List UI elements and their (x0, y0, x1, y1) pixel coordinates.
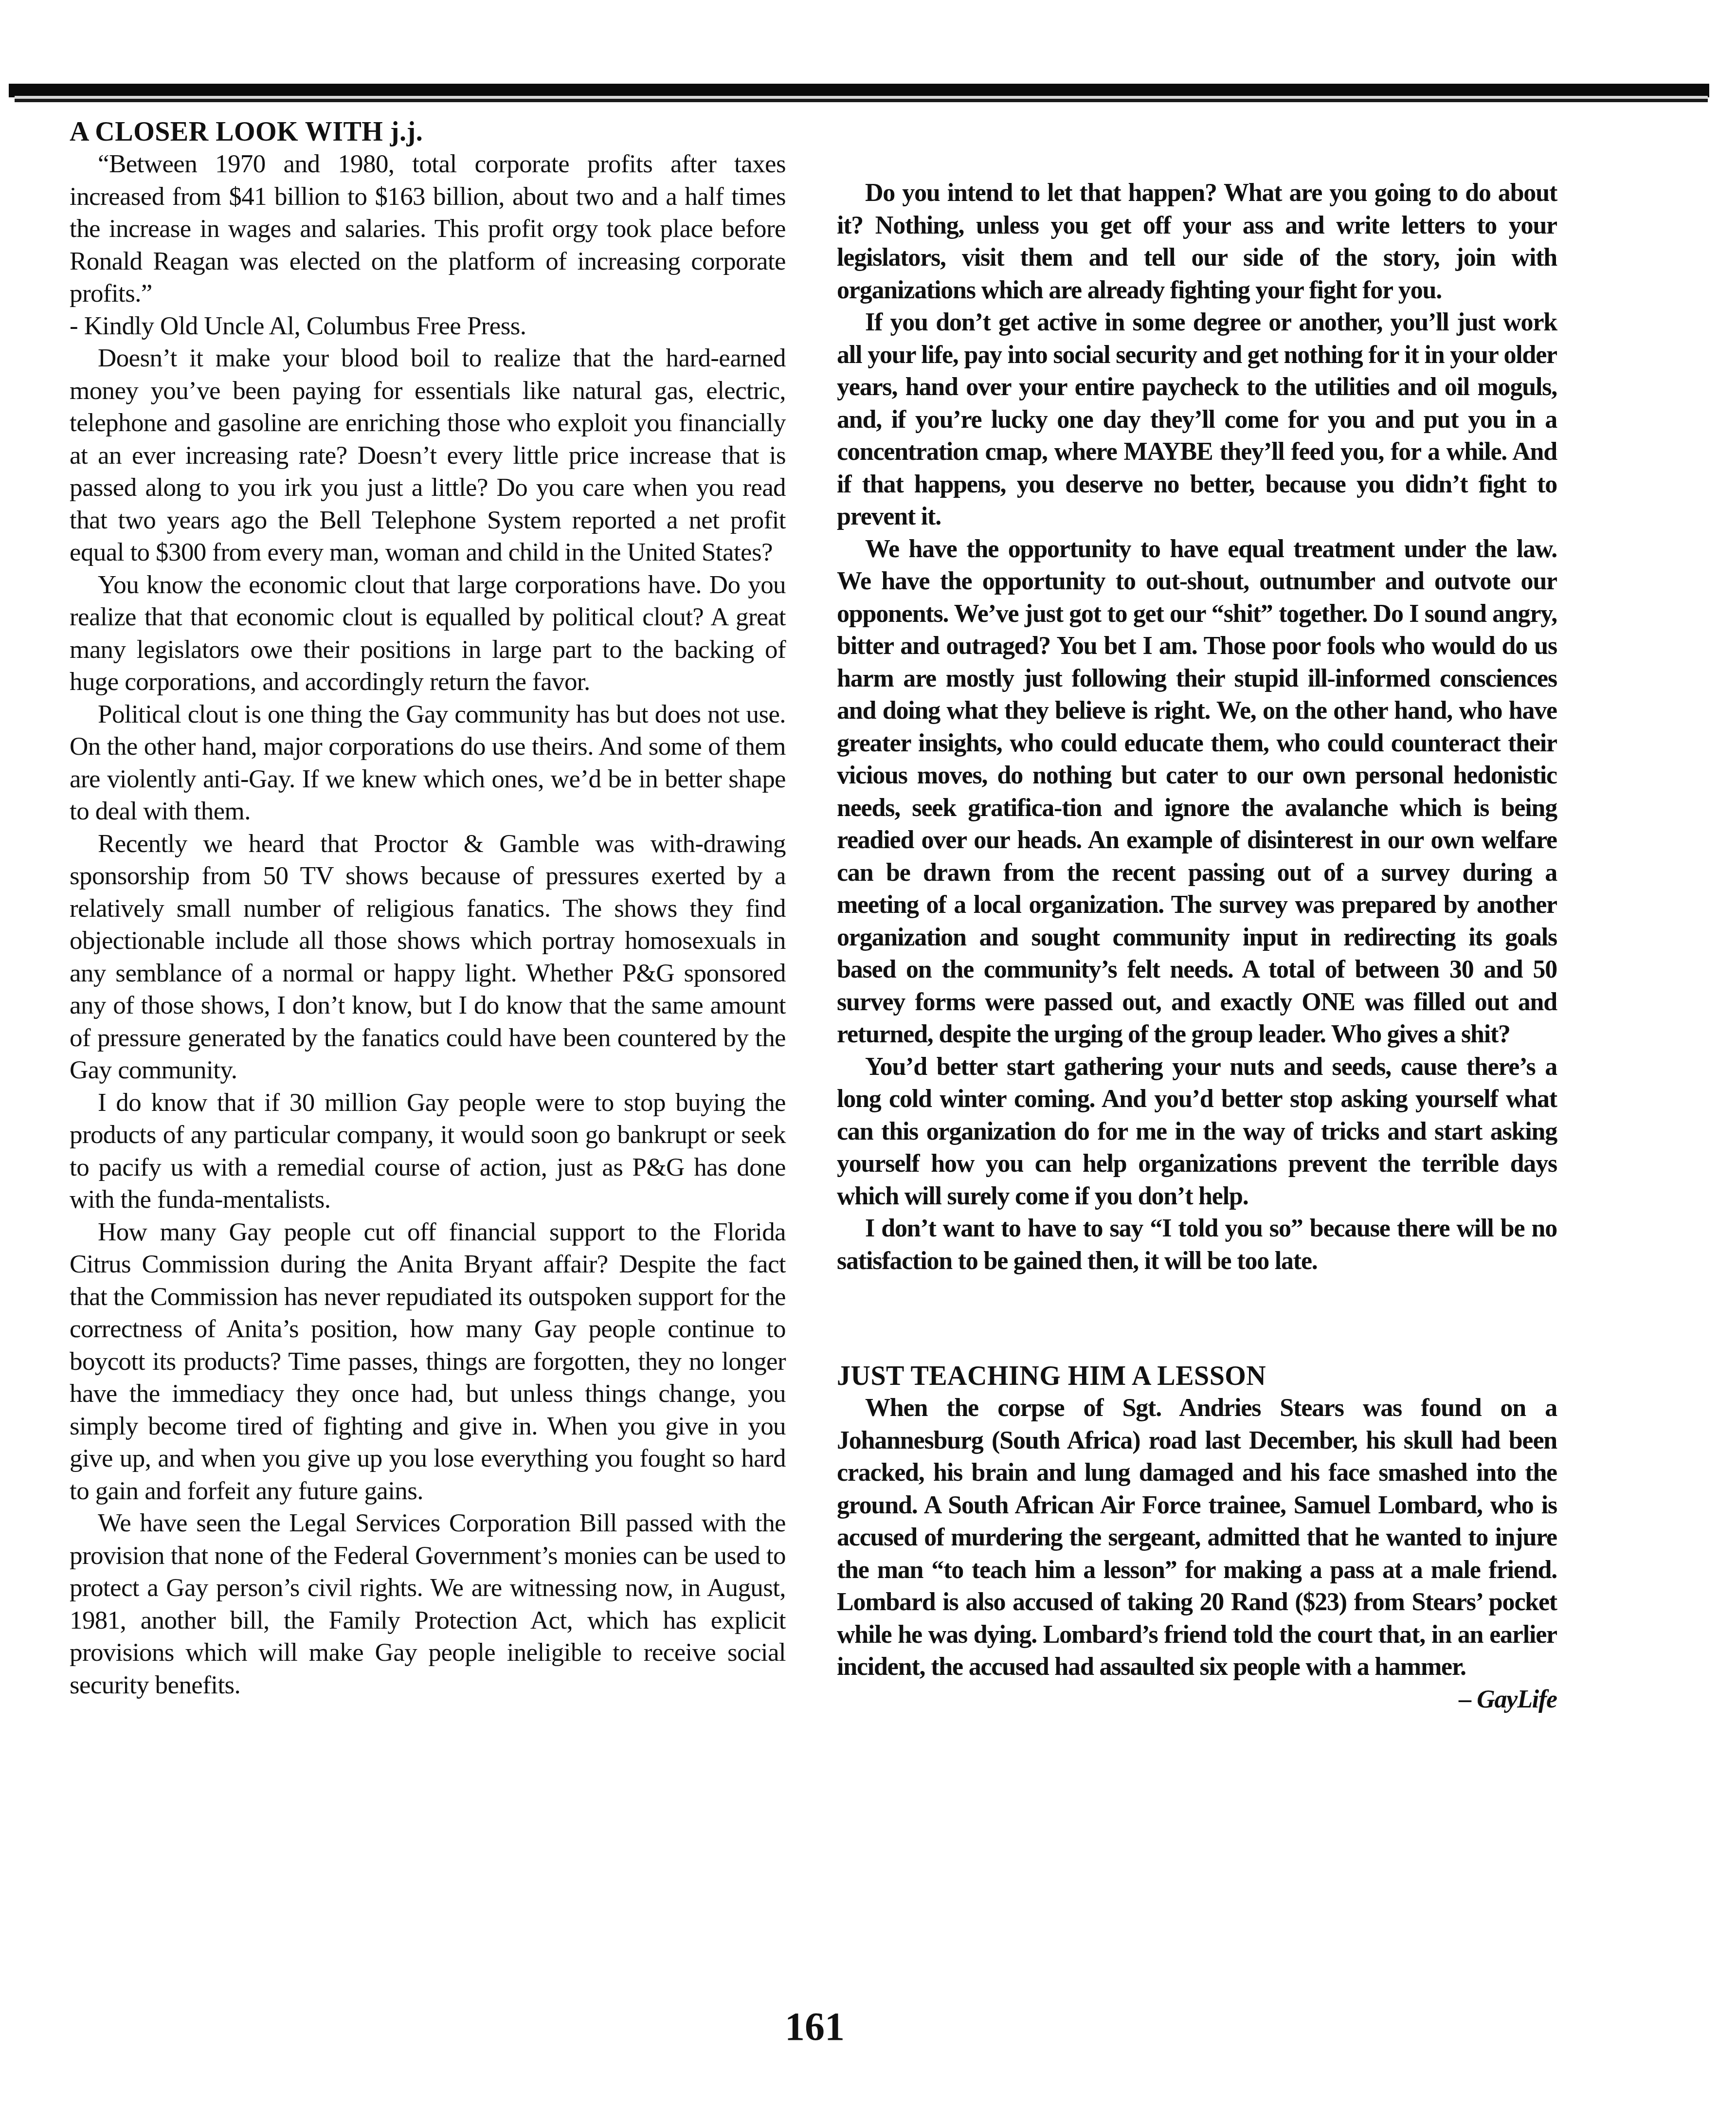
paragraph: Do you intend to let that happen? What a… (837, 177, 1557, 307)
paragraph: We have seen the Legal Services Corporat… (70, 1507, 786, 1701)
paragraph: I do know that if 30 million Gay people … (70, 1087, 786, 1216)
article-title-closer-look: A CLOSER LOOK WITH j.j. (70, 116, 786, 148)
top-rule-thin (15, 99, 1708, 102)
paragraph: If you don’t get active in some degree o… (837, 307, 1557, 533)
paragraph: I don’t want to have to say “I told you … (837, 1213, 1557, 1277)
source-attribution: – GayLife (837, 1684, 1557, 1716)
left-column: A CLOSER LOOK WITH j.j. “Between 1970 an… (70, 116, 786, 1701)
article-title-teaching-lesson: JUST TEACHING HIM A LESSON (837, 1360, 1557, 1392)
paragraph: You know the economic clout that large c… (70, 569, 786, 698)
paragraph: We have the opportunity to have equal tr… (837, 533, 1557, 1051)
paragraph: Doesn’t it make your blood boil to reali… (70, 342, 786, 569)
top-rule-thick (9, 84, 1709, 97)
paragraph-quote: “Between 1970 and 1980, total corporate … (70, 148, 786, 310)
paragraph-quote-attribution: - Kindly Old Uncle Al, Columbus Free Pre… (70, 310, 786, 343)
paragraph: When the corpse of Sgt. Andries Stears w… (837, 1392, 1557, 1684)
paragraph: You’d better start gathering your nuts a… (837, 1051, 1557, 1213)
right-column: Do you intend to let that happen? What a… (837, 177, 1557, 1716)
paragraph: Political clout is one thing the Gay com… (70, 698, 786, 828)
paragraph: How many Gay people cut off financial su… (70, 1216, 786, 1507)
page-number: 161 (785, 2007, 845, 2047)
paragraph: Recently we heard that Proctor & Gamble … (70, 828, 786, 1087)
